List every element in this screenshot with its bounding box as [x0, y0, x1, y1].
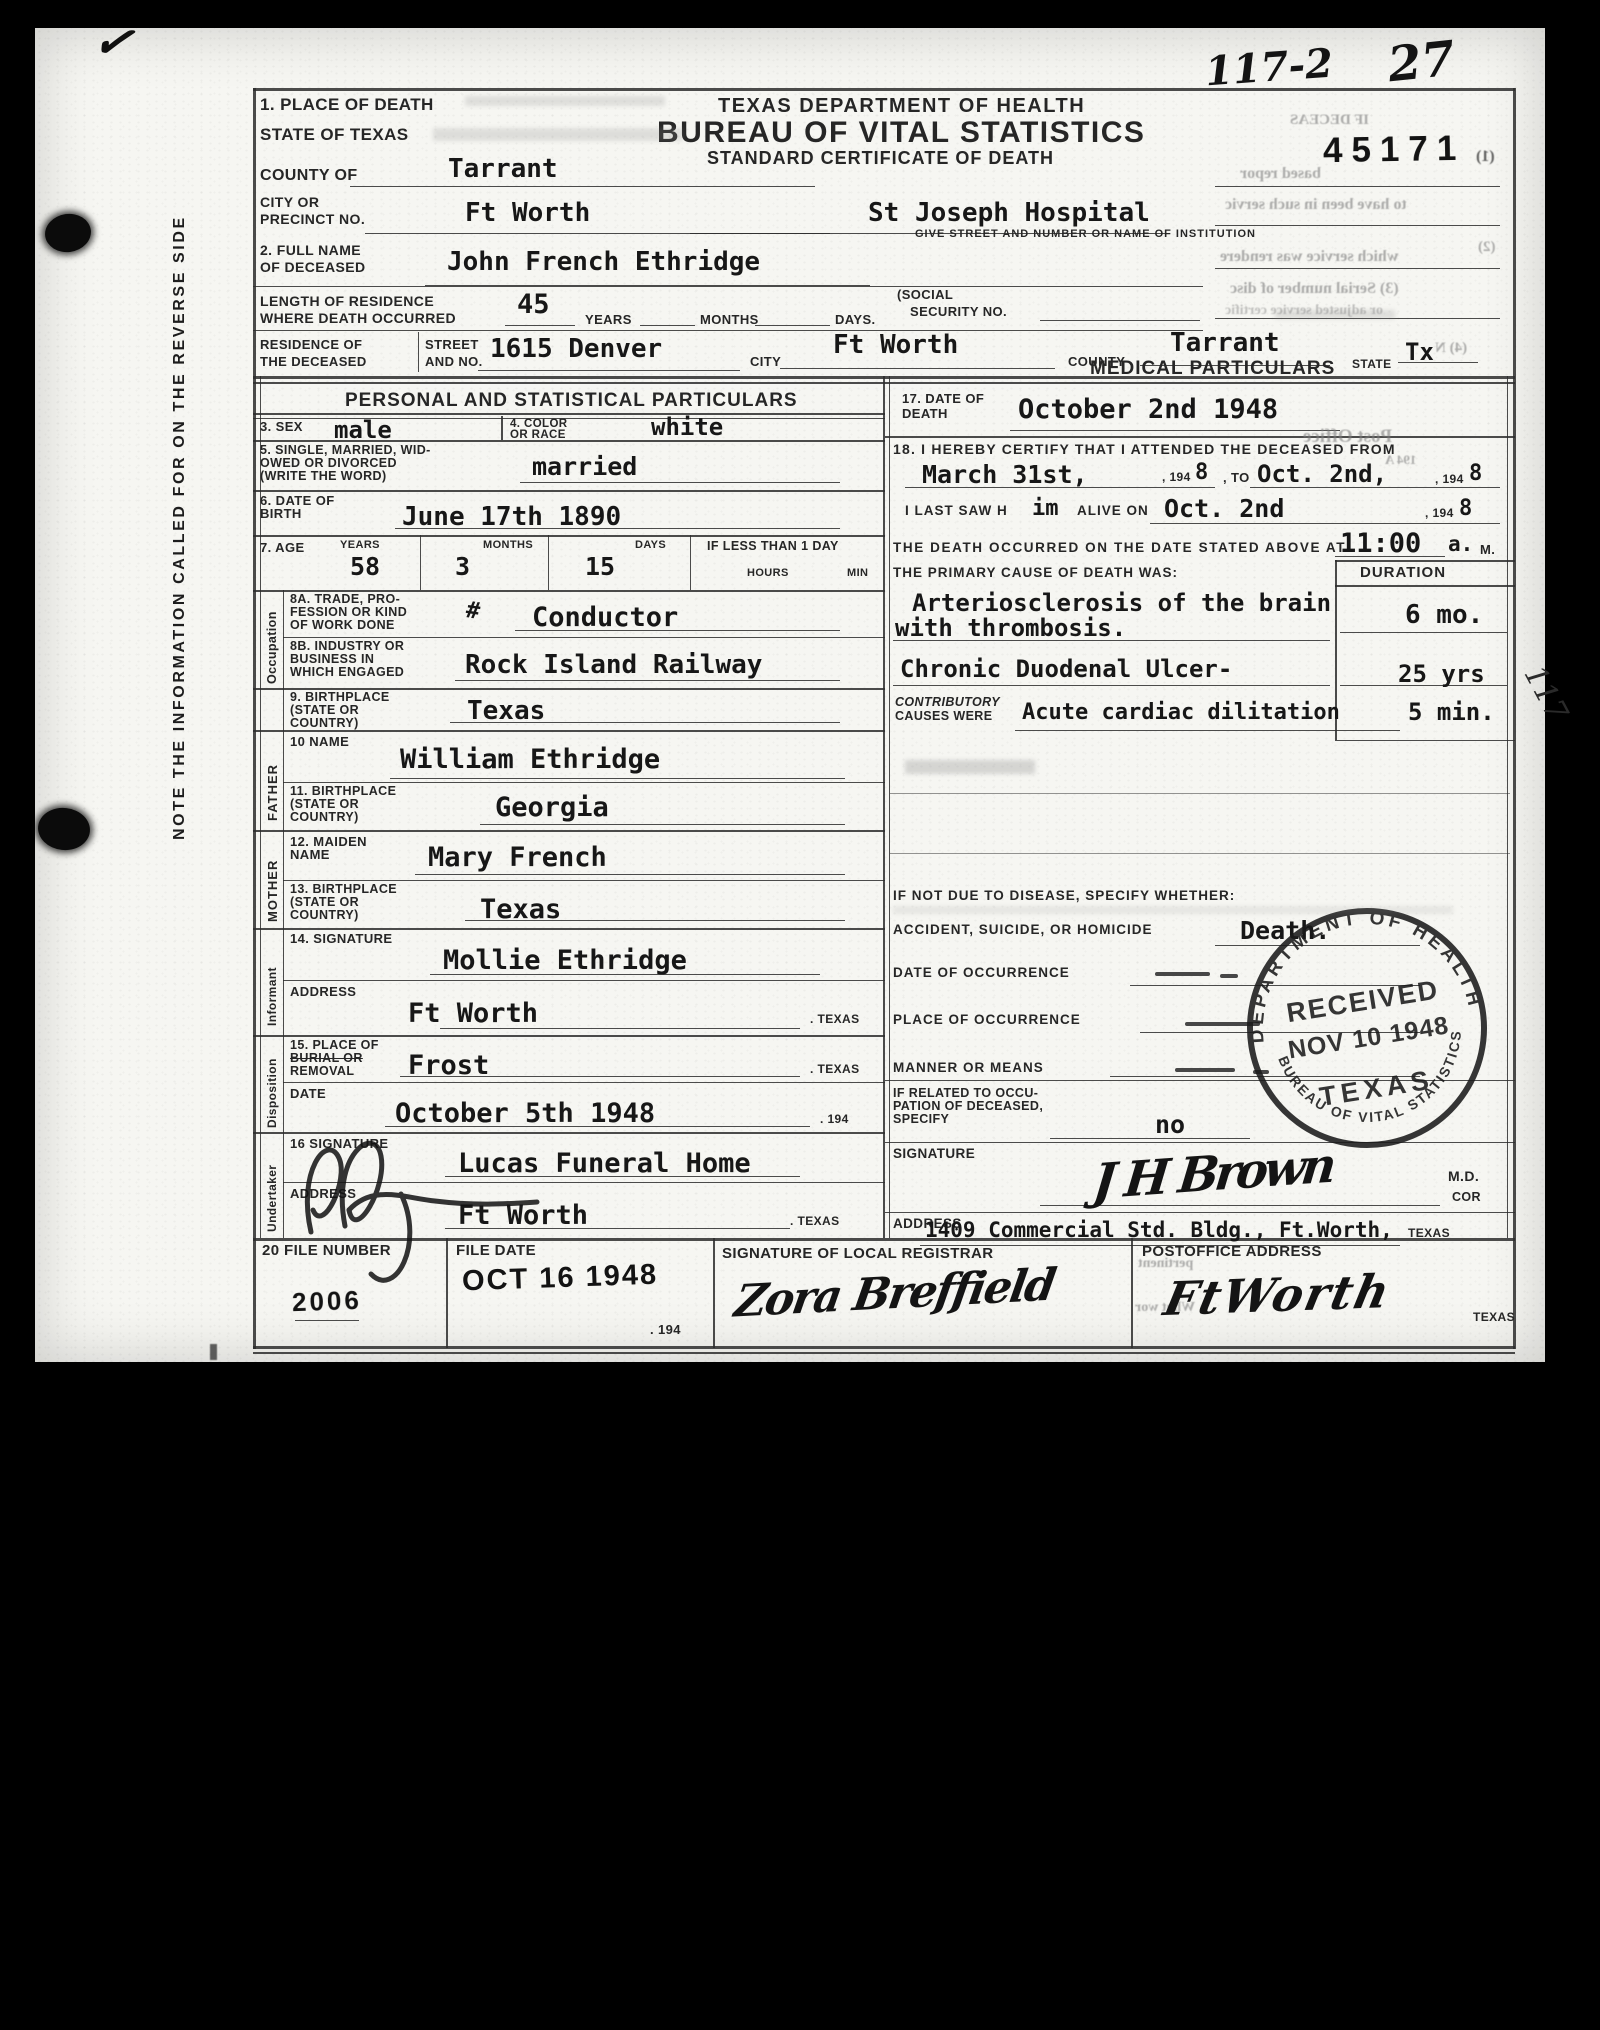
age-months-value: 3 — [455, 552, 470, 581]
father-bp-label-2: (STATE OR — [290, 797, 359, 811]
line — [1513, 88, 1516, 1349]
father-name-value: William Ethridge — [400, 744, 660, 775]
state2-value: Tx — [1405, 338, 1434, 366]
age-hours-label: HOURS — [747, 567, 789, 579]
cor-label: COR — [1452, 1190, 1481, 1204]
birthplace-value: Texas — [467, 696, 545, 726]
father-bp-value: Georgia — [495, 792, 609, 823]
years-label: YEARS — [585, 312, 632, 327]
bleed-text: (3) Serial number of disc — [1230, 280, 1399, 298]
pen-checkmark: ✓ — [88, 11, 137, 73]
contrib-value: Acute cardiac dilitation — [1022, 700, 1340, 725]
line — [283, 1082, 885, 1083]
attended-to-value: Oct. 2nd, — [1257, 460, 1387, 488]
scan-smudge — [905, 760, 1035, 774]
residence-length-label-1: LENGTH OF RESIDENCE — [260, 293, 434, 309]
place-occ-label: PLACE OF OCCURRENCE — [893, 1012, 1081, 1027]
line — [520, 482, 840, 483]
year-prefix-1: , 194 — [1162, 470, 1191, 484]
disposal-label-1: 15. PLACE OF — [290, 1038, 379, 1052]
line — [253, 286, 1203, 287]
line — [1010, 430, 1340, 431]
file-date-suffix: . 194 — [650, 1322, 681, 1337]
line — [885, 1212, 1515, 1213]
bleed-ref-4: (4) N — [1435, 340, 1467, 357]
precinct-no-label: PRECINCT NO. — [260, 211, 365, 227]
cause-1a-value: Arteriosclerosis of the brain — [912, 589, 1331, 617]
line — [883, 376, 885, 1238]
line — [1015, 730, 1400, 731]
postoffice-label: POSTOFFICE ADDRESS — [1142, 1243, 1322, 1260]
bleed-text: which service was rendere — [1220, 248, 1398, 266]
line — [1335, 585, 1515, 587]
certificate-number: 45171 — [1323, 129, 1466, 171]
last-saw-label-1: I LAST SAW H — [905, 503, 1008, 518]
age-years-label: YEARS — [340, 539, 380, 551]
line — [455, 680, 840, 681]
line — [889, 376, 890, 1238]
to-label: , TO — [1223, 470, 1250, 485]
line — [1215, 225, 1500, 226]
line — [1215, 268, 1500, 269]
industry-label-1: 8B. INDUSTRY OR — [290, 639, 404, 653]
cause-1b-value: with thrombosis. — [895, 614, 1126, 642]
file-number-value: 2006 — [291, 1285, 362, 1318]
trade-mark: # — [464, 597, 481, 625]
registrar-signature-script: Zora Breffield — [731, 1259, 1058, 1327]
street-label-1: STREET — [425, 337, 479, 352]
margin-handwritten-number: 117 — [1517, 660, 1575, 727]
death-date-label-1: 17. DATE OF — [902, 391, 984, 406]
ssn-label-1: (SOCIAL — [897, 287, 953, 302]
line — [755, 325, 830, 326]
residence-length-value: 45 — [517, 289, 550, 320]
marital-label-1: 5. SINGLE, MARRIED, WID- — [260, 443, 431, 457]
line — [640, 325, 695, 326]
line — [548, 535, 549, 590]
marital-value: married — [532, 452, 637, 481]
line — [1335, 740, 1515, 741]
md-signature-label: SIGNATURE — [893, 1146, 975, 1161]
undertaker-addr-state: . TEXAS — [790, 1214, 839, 1228]
line — [350, 186, 815, 187]
sex-label: 3. SEX — [260, 419, 303, 434]
occurred-time: 11:00 — [1340, 528, 1421, 559]
residence-length-label-2: WHERE DEATH OCCURRED — [260, 310, 456, 326]
death-date-label-2: DEATH — [902, 406, 948, 421]
line — [501, 416, 503, 440]
occupation-group-label: Occupation — [265, 611, 279, 684]
md-address-value: 1409 Commercial Std. Bldg., Ft.Worth, — [925, 1218, 1393, 1242]
medical-section-title: MEDICAL PARTICULARS — [1090, 358, 1335, 380]
disposal-date-label: DATE — [290, 1086, 326, 1101]
line — [890, 793, 1510, 794]
bleed-text: to have been in such servic — [1225, 196, 1407, 214]
line — [283, 637, 885, 638]
scan-smudge — [210, 1344, 217, 1360]
duration-2-value: 25 yrs — [1398, 660, 1485, 688]
line — [480, 824, 845, 825]
hole-punch-top — [43, 211, 94, 255]
county-of-label: COUNTY OF — [260, 167, 358, 185]
personal-section-title: PERSONAL AND STATISTICAL PARTICULARS — [345, 390, 798, 412]
line — [893, 685, 1330, 686]
date-occ-label: DATE OF OCCURRENCE — [893, 965, 1070, 980]
line — [253, 330, 1203, 331]
age-months-label: MONTHS — [483, 539, 533, 551]
contrib-label-2: CAUSES WERE — [895, 709, 992, 723]
marital-label-3: (WRITE THE WORD) — [260, 469, 387, 483]
mother-name-value: Mary French — [428, 842, 607, 873]
postoffice-script: FtWorth — [1159, 1264, 1396, 1326]
informant-sig-value: Mollie Ethridge — [443, 945, 687, 976]
color-label-2: OR RACE — [510, 429, 566, 441]
disposition-group-label: Disposition — [265, 1058, 279, 1128]
line — [253, 535, 885, 537]
age-days-value: 15 — [585, 552, 615, 581]
mother-group-label: MOTHER — [265, 860, 280, 922]
line — [1131, 1238, 1133, 1348]
last-saw-him: im — [1032, 496, 1059, 521]
father-bp-label-3: COUNTRY) — [290, 810, 359, 824]
color-value: white — [651, 413, 723, 441]
ink-dash — [1155, 972, 1210, 976]
year-prefix-2: , 194 — [1435, 472, 1464, 486]
line — [1050, 1138, 1250, 1139]
line — [253, 88, 256, 1349]
scanned-death-certificate: { "annotations": { "checkmark": "✓", "co… — [0, 0, 1600, 2030]
md-address-state: TEXAS — [1408, 1226, 1450, 1240]
scan-smudge — [893, 906, 1453, 914]
line — [283, 782, 885, 783]
informant-group-label: Informant — [265, 967, 279, 1026]
line — [283, 980, 885, 981]
manner-label: MANNER OR MEANS — [893, 1060, 1044, 1075]
disposal-label-2: BURIAL OR — [290, 1051, 363, 1065]
dept-title-line2: BUREAU OF VITAL STATISTICS — [657, 116, 1145, 150]
county2-value: Tarrant — [1170, 328, 1280, 358]
line — [253, 1035, 885, 1037]
line — [253, 1346, 1515, 1349]
trade-value: Conductor — [532, 602, 678, 633]
line — [420, 535, 421, 590]
fullname-label-2: OF DECEASED — [260, 259, 366, 275]
industry-value: Rock Island Railway — [465, 650, 762, 680]
age-label: 7. AGE — [260, 540, 305, 555]
trade-label-1: 8A. TRADE, PRO- — [290, 592, 400, 606]
occurred-ampm: a. — [1448, 532, 1473, 556]
street-value: 1615 Denver — [490, 334, 662, 364]
birthplace-label-3: COUNTRY) — [290, 716, 359, 730]
year-prefix-3: , 194 — [1425, 506, 1454, 520]
birth-value: June 17th 1890 — [402, 502, 621, 532]
cause-2-value: Chronic Duodenal Ulcer- — [900, 655, 1232, 683]
disposal-state: . TEXAS — [810, 1062, 859, 1076]
dept-title-line3: STANDARD CERTIFICATE OF DEATH — [707, 148, 1054, 169]
father-bp-label-1: 11. BIRTHPLACE — [290, 784, 396, 798]
fullname-value: John French Ethridge — [447, 247, 760, 277]
hole-punch-bottom — [36, 805, 92, 852]
line — [690, 535, 691, 590]
bleed-ref-1: (1) — [1476, 148, 1495, 166]
dept-title-line1: TEXAS DEPARTMENT OF HEALTH — [718, 95, 1085, 118]
file-number-label: 20 FILE NUMBER — [262, 1242, 391, 1259]
mother-bp-label-1: 13. BIRTHPLACE — [290, 882, 397, 896]
line — [1340, 632, 1507, 633]
line — [1150, 523, 1500, 524]
city-value: Ft Worth — [465, 198, 590, 228]
duration-label: DURATION — [1360, 564, 1446, 581]
city2-value: Ft Worth — [833, 330, 958, 360]
state-of-texas-label: STATE OF TEXAS — [260, 125, 409, 145]
line — [1040, 320, 1200, 321]
place-of-death-label: 1. PLACE OF DEATH — [260, 95, 434, 115]
line — [478, 370, 740, 371]
line — [253, 413, 885, 415]
scan-smudge — [465, 96, 665, 106]
line — [713, 1238, 715, 1348]
mother-bp-label-3: COUNTRY) — [290, 908, 359, 922]
disposal-date-suffix: . 194 — [820, 1112, 849, 1126]
line — [418, 332, 419, 372]
disposal-label-3: REMOVAL — [290, 1064, 354, 1078]
line — [885, 436, 1515, 438]
line — [1215, 186, 1500, 187]
institution-hint: GIVE STREET AND NUMBER OR NAME OF INSTIT… — [915, 228, 1256, 240]
city2-label: CITY — [750, 354, 781, 369]
line — [253, 928, 885, 930]
line — [505, 325, 575, 326]
industry-label-2: BUSINESS IN — [290, 652, 374, 666]
birthplace-label-2: (STATE OR — [290, 703, 359, 717]
line — [1335, 560, 1515, 562]
informant-addr-label: ADDRESS — [290, 984, 356, 999]
postoffice-state: TEXAS — [1473, 1310, 1515, 1324]
informant-addr-state: . TEXAS — [810, 1012, 859, 1026]
age-min-label: MIN — [847, 567, 868, 579]
related-label-3: SPECIFY — [893, 1112, 949, 1126]
undertaker-group-label: Undertaker — [265, 1165, 279, 1232]
line — [283, 880, 885, 881]
related-label-2: PATION OF DECEASED, — [893, 1099, 1043, 1113]
bleed-ref-2: (2) — [1478, 239, 1496, 256]
certificate-page: ✓ NOTE THE INFORMATION CALLED FOR ON THE… — [35, 28, 1545, 1362]
informant-addr-value: Ft Worth — [408, 998, 538, 1029]
age-less-label: IF LESS THAN 1 DAY — [707, 539, 839, 553]
disposal-value: Frost — [408, 1050, 489, 1081]
death-date-value: October 2nd 1948 — [1018, 394, 1278, 425]
duration-1-value: 6 mo. — [1405, 600, 1483, 630]
last-saw-year: 8 — [1459, 496, 1472, 521]
attended-to-year: 8 — [1469, 461, 1482, 486]
father-name-label: 10 NAME — [290, 734, 349, 749]
bleed-text: IF DECEAS — [1290, 112, 1369, 129]
city-or-label: CITY OR — [260, 194, 319, 210]
received-stamp: DEPARTMENT OF HEALTH BUREAU OF VITAL STA… — [1218, 879, 1515, 1176]
trade-label-3: OF WORK DONE — [290, 618, 395, 632]
residence-label-2: THE DECEASED — [260, 354, 367, 369]
mother-bp-label-2: (STATE OR — [290, 895, 359, 909]
ifnot-label: IF NOT DUE TO DISEASE, SPECIFY WHETHER: — [893, 888, 1235, 903]
birthplace-label-1: 9. BIRTHPLACE — [290, 690, 390, 704]
line — [415, 874, 845, 875]
attended-from-year: 8 — [1195, 460, 1208, 485]
line — [253, 1352, 1515, 1354]
line — [295, 1320, 359, 1321]
ssn-label-2: SECURITY NO. — [910, 304, 1007, 319]
age-days-label: DAYS — [635, 539, 666, 551]
attended-from-value: March 31st, — [922, 460, 1088, 489]
street-label-2: AND NO. — [425, 354, 483, 369]
duration-3-value: 5 min. — [1408, 698, 1495, 726]
birth-label-2: BIRTH — [260, 506, 302, 521]
handwritten-code-right: 27 — [1385, 31, 1457, 94]
accident-label: ACCIDENT, SUICIDE, OR HOMICIDE — [893, 922, 1153, 937]
mother-bp-value: Texas — [480, 894, 561, 925]
last-saw-date: Oct. 2nd — [1164, 494, 1284, 523]
months-label: MONTHS — [700, 312, 759, 327]
line — [390, 778, 845, 779]
certify-line: 18. I HEREBY CERTIFY THAT I ATTENDED THE… — [893, 441, 1396, 457]
scan-smudge — [1275, 310, 1395, 319]
fullname-label-1: 2. FULL NAME — [260, 242, 361, 258]
line — [253, 88, 1515, 91]
related-value: no — [1155, 1110, 1185, 1139]
line — [780, 368, 1055, 369]
informant-sig-label: 14. SIGNATURE — [290, 931, 392, 946]
file-date-stamp: OCT 16 1948 — [461, 1259, 658, 1299]
father-group-label: FATHER — [265, 764, 280, 821]
age-years-value: 58 — [350, 552, 380, 581]
contrib-label-1: CONTRIBUTORY — [895, 695, 1000, 709]
handwritten-code-left: 117-2 — [1204, 40, 1335, 96]
mother-name-label-2: NAME — [290, 847, 330, 862]
file-date-label: FILE DATE — [456, 1242, 536, 1259]
bleed-text: based repor — [1240, 165, 1321, 183]
sex-value: male — [334, 416, 392, 444]
primary-cause-label: THE PRIMARY CAUSE OF DEATH WAS: — [893, 565, 1178, 580]
line — [890, 853, 1510, 854]
line — [253, 730, 885, 732]
registrar-label: SIGNATURE OF LOCAL REGISTRAR — [722, 1245, 993, 1262]
occurred-label: THE DEATH OCCURRED ON THE DATE STATED AB… — [893, 540, 1346, 555]
ink-dash — [1175, 1068, 1235, 1072]
county-value: Tarrant — [448, 154, 558, 184]
state2-label: STATE — [1352, 357, 1392, 371]
line — [253, 830, 885, 832]
last-saw-label-2: ALIVE ON — [1077, 503, 1149, 518]
industry-label-3: WHICH ENGAGED — [290, 665, 404, 679]
occurred-m: M. — [1480, 542, 1495, 557]
institution-value: St Joseph Hospital — [868, 198, 1150, 228]
md-label: M.D. — [1448, 1168, 1479, 1184]
related-label-1: IF RELATED TO OCCU- — [893, 1086, 1038, 1100]
marital-label-2: OWED OR DIVORCED — [260, 456, 397, 470]
days-label: DAYS. — [835, 312, 876, 327]
line — [425, 285, 870, 286]
trade-label-2: FESSION OR KIND — [290, 605, 407, 619]
scan-smudge — [433, 128, 683, 141]
residence-label-1: RESIDENCE OF — [260, 337, 362, 352]
reverse-side-note: NOTE THE INFORMATION CALLED FOR ON THE R… — [171, 215, 189, 840]
line — [253, 490, 885, 492]
